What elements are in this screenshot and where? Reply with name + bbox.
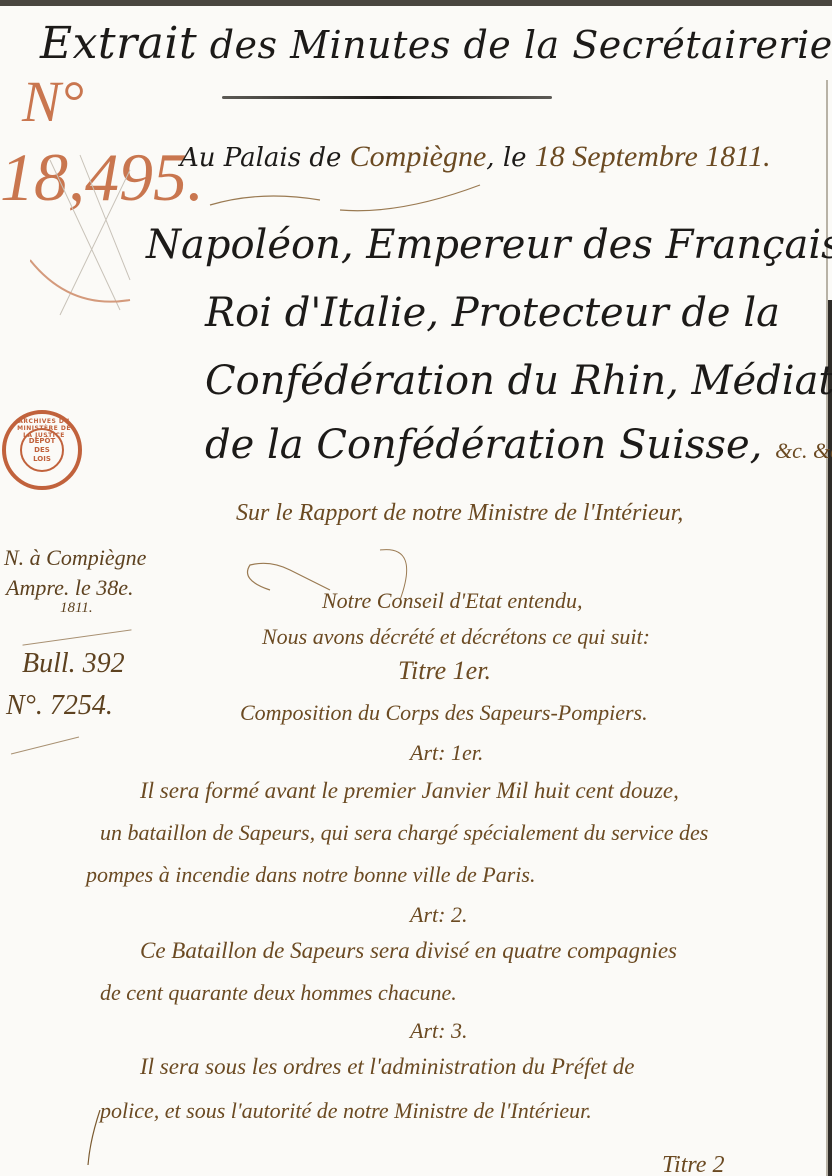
stamp-ring-text: ARCHIVES DU MINISTÈRE DE LA JUSTICE <box>14 418 74 439</box>
composition-heading: Composition du Corps des Sapeurs-Pompier… <box>240 700 648 726</box>
article-1-line-2: un bataillon de Sapeurs, qui sera chargé… <box>100 820 708 846</box>
article-2-line-1: Ce Bataillon de Sapeurs sera divisé en q… <box>140 938 677 964</box>
margin-note-3: 1811. <box>60 600 93 617</box>
registry-number-label: N° <box>22 68 84 135</box>
titulature-etc: &c. &c. &c. <box>775 438 832 463</box>
titulature-line-3: Confédération du Rhin, Médiateur <box>205 358 832 404</box>
article-2-heading: Art: 2. <box>410 902 467 928</box>
date-underline-flourish <box>200 180 520 220</box>
article-1-line-1: Il sera formé avant le premier Janvier M… <box>140 778 679 804</box>
margin-note-1: N. à Compiègne <box>4 545 146 571</box>
margin-rule <box>22 629 131 645</box>
titulature-line-2: Roi d'Italie, Protecteur de la <box>205 290 780 336</box>
place-prefix: Au Palais de <box>180 143 350 173</box>
catchword: Titre 2 <box>662 1152 724 1176</box>
scan-top-edge <box>0 0 832 6</box>
article-3-line-1: Il sera sous les ordres et l'administrat… <box>140 1054 635 1080</box>
article-1-line-3: pompes à incendie dans notre bonne ville… <box>86 862 536 888</box>
article-3-descender <box>80 1110 110 1170</box>
article-1-heading: Art: 1er. <box>410 740 483 766</box>
margin-note-2: Ampre. le 38e. <box>6 575 133 601</box>
header-rule <box>222 96 552 99</box>
place-date-line: Au Palais de Compiègne, le 18 Septembre … <box>180 140 771 174</box>
archive-stamp: ARCHIVES DU MINISTÈRE DE LA JUSTICE DÉPÔ… <box>2 410 82 490</box>
stamp-line-3: LOIS <box>33 455 51 464</box>
sur-le-rapport: Sur le Rapport de notre Ministre de l'In… <box>236 500 683 527</box>
titre-heading: Titre 1er. <box>398 656 491 686</box>
stamp-line-2: DES <box>34 446 50 455</box>
article-2-line-2: de cent quarante deux hommes chacune. <box>100 980 457 1006</box>
article-3-heading: Art: 3. <box>410 1018 467 1044</box>
titulature-line-4: de la Confédération Suisse, &c. &c. &c. <box>205 422 832 468</box>
margin-rule-2 <box>11 737 79 755</box>
place-date-separator: , le <box>486 143 535 173</box>
titulature-line-4-text: de la Confédération Suisse, <box>205 422 762 468</box>
place-name: Compiègne <box>350 140 487 173</box>
decree-date: 18 Septembre 1811. <box>535 140 771 173</box>
header-title-lead: Extrait <box>40 18 197 69</box>
document-header: Extrait des Minutes de la Secrétairerie … <box>40 18 832 69</box>
bulletin-entry-number: N°. 7254. <box>6 690 113 722</box>
bulletin-number: Bull. 392 <box>22 648 125 680</box>
titulature-line-1: Napoléon, Empereur des Français, <box>146 222 832 268</box>
header-title-rest: des Minutes de la Secrétairerie d'Etat. <box>197 23 832 67</box>
decrete-clause: Nous avons décrété et décrétons ce qui s… <box>262 624 650 650</box>
pencil-cross-marks <box>30 150 140 320</box>
article-3-line-2: police, et sous l'autorité de notre Mini… <box>100 1098 592 1124</box>
conseil-entendu: Notre Conseil d'Etat entendu, <box>322 588 583 614</box>
